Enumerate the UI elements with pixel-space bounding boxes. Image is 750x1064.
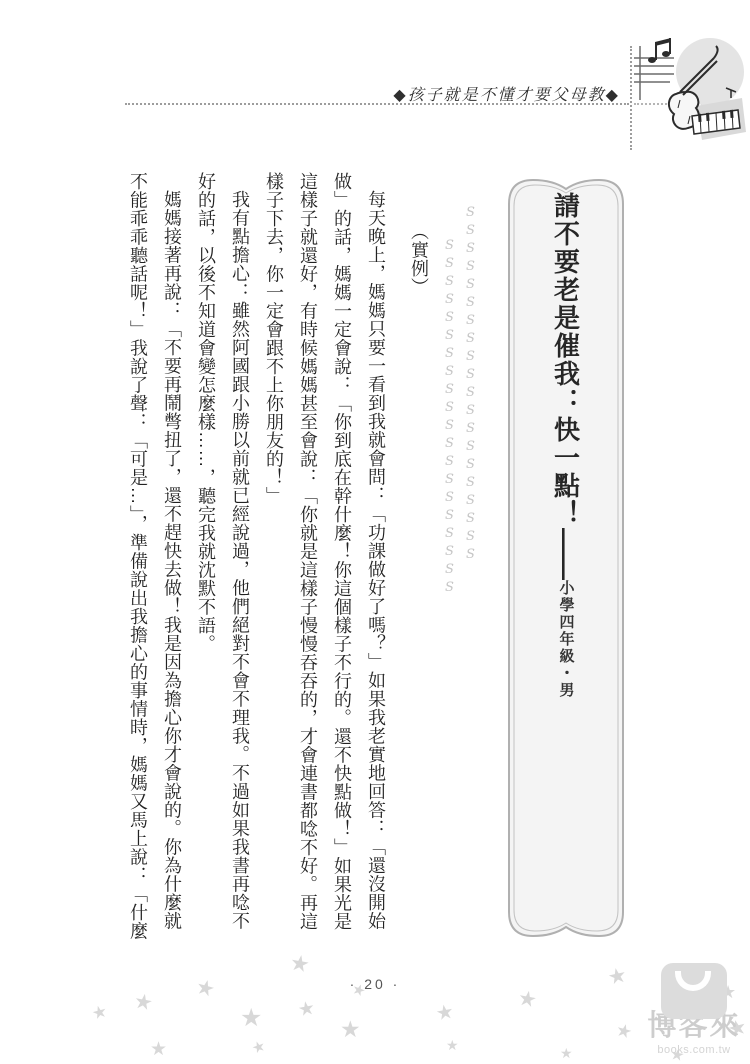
star-icon: ★ — [606, 964, 629, 988]
bookstore-watermark: 博客來 books.com.tw — [642, 963, 746, 1056]
section-label: （實例） — [402, 172, 436, 944]
title-dash: —— — [551, 528, 581, 580]
squiggle-group: SSSSS — [463, 475, 478, 565]
squiggle-group: SSSSS — [463, 205, 478, 295]
star-icon: ★ — [288, 951, 311, 976]
star-icon: ★ — [434, 1002, 455, 1025]
squiggle-group: SSSSS — [442, 238, 457, 328]
star-icon: ★ — [296, 999, 316, 1021]
header-dotted-rule — [125, 103, 629, 105]
star-icon: ★ — [132, 991, 154, 1015]
paragraph: 媽媽接著再說：「不要再鬧彆扭了，還不趕快去做！我是因為擔心你才會說的。你為什麼就… — [121, 172, 189, 944]
chapter-title-plaque: 請不要老是催我：快一點！——小學四年級・男 — [505, 176, 627, 940]
star-icon: ★ — [614, 1020, 634, 1042]
music-clipart-icon — [630, 36, 746, 150]
squiggle-group: SSSSS — [442, 328, 457, 418]
main-text-block: （實例） 每天晚上，媽媽只要一看到我就會問：「功課做好了嗎？」如果我老實地回答：… — [118, 172, 436, 944]
squiggle-group: SSSSS — [442, 508, 457, 598]
chapter-title-text: 請不要老是催我：快一點！ — [551, 192, 581, 528]
watermark-domain: books.com.tw — [642, 1044, 746, 1056]
paragraph: 我有點擔心：雖然阿國跟小勝以前就已經說過，他們絕對不會不理我。不過如果我書再唸不… — [189, 172, 257, 944]
header-slogan: ◆孩子就是不懂才要父母教◆ — [393, 82, 620, 105]
star-icon: ★ — [446, 1038, 459, 1052]
star-icon: ★ — [340, 1018, 361, 1041]
squiggle-group: SSSSS — [463, 295, 478, 385]
star-icon: ★ — [194, 976, 218, 1001]
star-icon: ★ — [250, 1038, 268, 1057]
smile-icon — [675, 971, 711, 991]
squiggle-group: SSSSS — [442, 418, 457, 508]
star-icon: ★ — [240, 1006, 262, 1031]
paragraph: 每天晚上，媽媽只要一看到我就會問：「功課做好了嗎？」如果我老實地回答：「還沒開始… — [257, 172, 393, 944]
squiggle-ornament-column: SSSSSSSSSSSSSSSSSSSS — [464, 205, 477, 565]
star-icon: ★ — [150, 1040, 167, 1059]
chapter-title: 請不要老是催我：快一點！——小學四年級・男 — [548, 192, 585, 932]
star-icon: ★ — [516, 988, 538, 1012]
star-icon: ★ — [560, 1046, 573, 1060]
squiggle-group: SSSSS — [463, 385, 478, 475]
chapter-title-subtitle: 小學四年級・男 — [558, 580, 575, 699]
shopping-bag-logo-icon — [661, 963, 727, 1019]
star-icon: ★ — [90, 1002, 109, 1022]
squiggle-ornament-column: SSSSSSSSSSSSSSSSSSSS — [443, 238, 456, 598]
page-number: · 20 · — [0, 976, 750, 992]
